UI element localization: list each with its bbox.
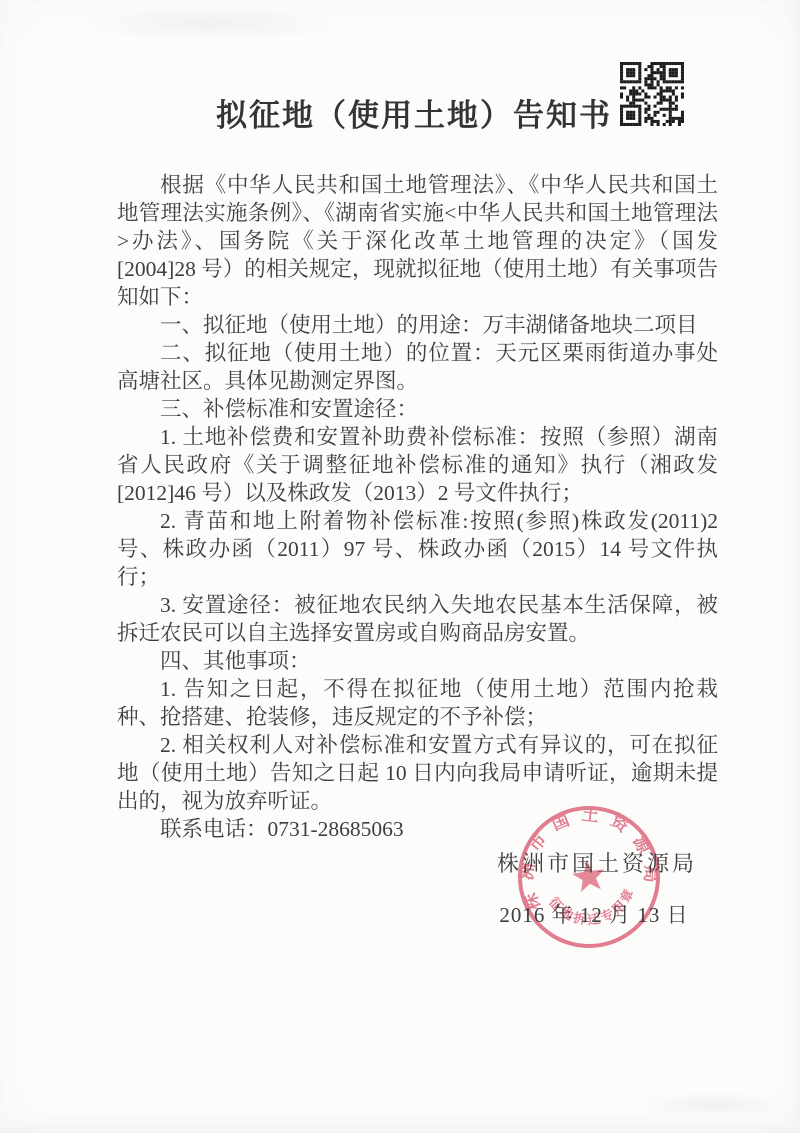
- document-body: 根据《中华人民共和国土地管理法》、《中华人民共和国土地管理法实施条例》、《湖南省…: [117, 171, 718, 843]
- scan-smudge: [80, 6, 340, 40]
- body-paragraph: 1. 土地补偿费和安置补助费补偿标准：按照（参照）湖南省人民政府《关于调整征地补…: [117, 423, 718, 507]
- issue-date: 2016 年 12 月 13 日: [494, 899, 694, 929]
- body-paragraph: 1. 告知之日起，不得在拟征地（使用土地）范围内抢栽种、抢搭建、抢装修，违反规定…: [117, 675, 718, 731]
- qr-code-icon: [620, 62, 684, 126]
- scan-smudge: [640, 1092, 790, 1118]
- body-paragraph: 2. 青苗和地上附着物补偿标准:按照(参照)株政发(2011)2 号、株政办函（…: [117, 507, 718, 591]
- body-paragraph: 3. 安置途径：被征地农民纳入失地农民基本生活保障，被拆迁农民可以自主选择安置房…: [117, 591, 718, 647]
- body-paragraph: 一、拟征地（使用土地）的用途：万丰湖储备地块二项目: [117, 311, 718, 339]
- body-paragraph: 根据《中华人民共和国土地管理法》、《中华人民共和国土地管理法实施条例》、《湖南省…: [117, 171, 718, 311]
- body-paragraph: 三、补偿标准和安置途径：: [117, 395, 718, 423]
- body-paragraph: 四、其他事项：: [117, 647, 718, 675]
- issuer-signature: 株洲市国土资源局: [490, 847, 704, 878]
- body-paragraph: 二、拟征地（使用土地）的位置：天元区栗雨街道办事处高塘社区。具体见勘测定界图。: [117, 339, 718, 395]
- document-page: 拟征地（使用土地）告知书 根据《中华人民共和国土地管理法》、《中华人民共和国土地…: [0, 0, 800, 1133]
